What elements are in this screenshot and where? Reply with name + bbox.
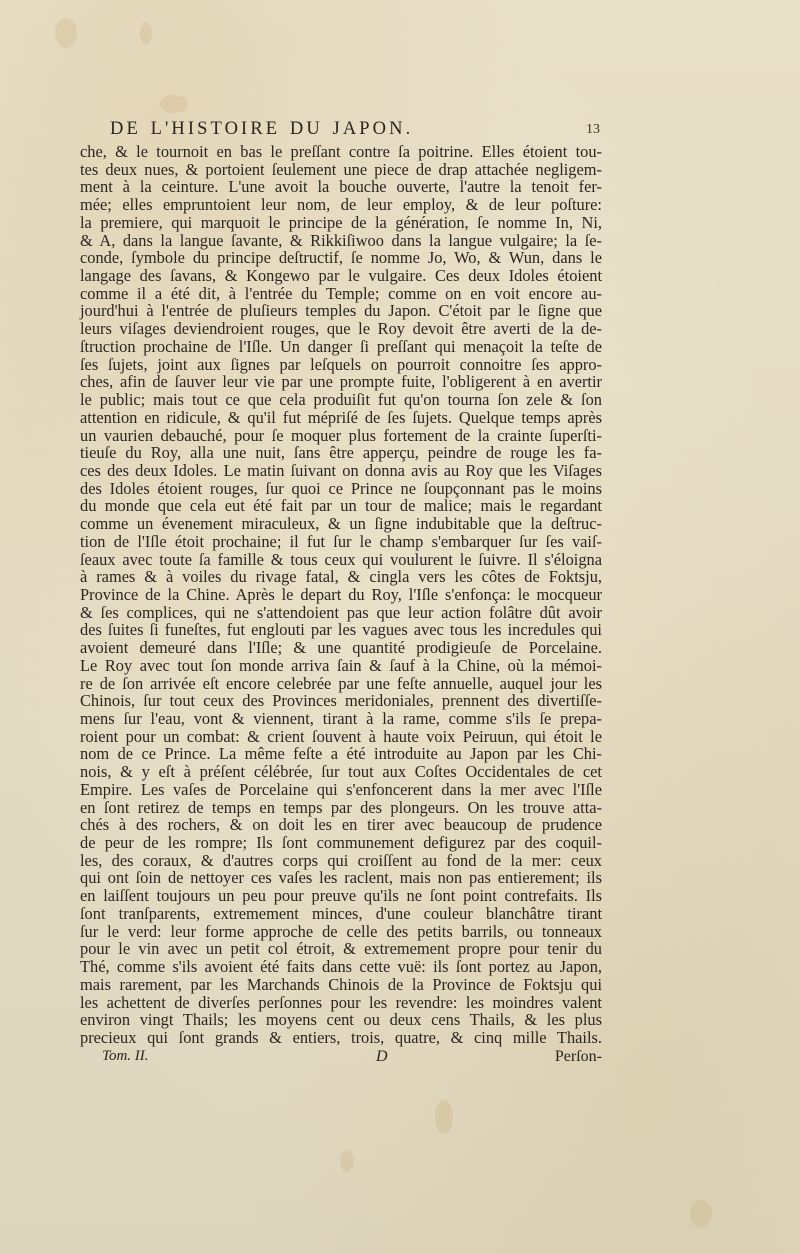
- text-line: tes deux nues, & portoient ſeulement une…: [80, 161, 602, 179]
- text-line: des Idoles étoient rouges, ſur quoi ce P…: [80, 480, 602, 498]
- text-line: mée; elles empruntoient leur nom, de leu…: [80, 196, 602, 214]
- text-line: en ſont retirez de temps en temps par de…: [80, 799, 602, 817]
- text-line: mais rarement, par les Marchands Chinois…: [80, 976, 602, 994]
- text-line: du monde que cela eut été fait par un to…: [80, 497, 602, 515]
- text-line: jourd'hui à l'entrée de pluſieurs temple…: [80, 302, 602, 320]
- text-line: chés à des rochers, & on doit les en tir…: [80, 816, 602, 834]
- text-line: che, & le tournoit en bas le preſſant co…: [80, 143, 602, 161]
- signature-mark: D: [376, 1048, 388, 1066]
- foxing-stain: [340, 1150, 354, 1172]
- text-line: ſtruction prochaine de l'Iſle. Un danger…: [80, 338, 602, 356]
- foxing-stain: [690, 1200, 712, 1228]
- text-line: comme un évenement miraculeux, & un ſign…: [80, 515, 602, 533]
- text-line: leurs viſages deviendroient rouges, que …: [80, 320, 602, 338]
- text-line: qui ont ſoin de nettoyer ces vaſes les r…: [80, 869, 602, 887]
- text-line: ment à la ceinture. L'une avoit la bouch…: [80, 178, 602, 196]
- foxing-stain: [55, 18, 77, 48]
- text-line: ches, afin de ſauver leur vie par une pr…: [80, 373, 602, 391]
- page-footer: Tom. II. D Perſon-: [80, 1048, 602, 1068]
- text-line: Le Roy avec tout ſon monde arriva ſain &…: [80, 657, 602, 675]
- book-page: DE L'HISTOIRE DU JAPON. 13 che, & le tou…: [0, 0, 800, 1254]
- foxing-stain: [140, 22, 152, 44]
- text-line: nom de ce Prince. La même feſte a été in…: [80, 745, 602, 763]
- text-line: de peur de les rompre; Ils ſont communem…: [80, 834, 602, 852]
- text-line: Empire. Les vaſes de Porcelaine qui s'en…: [80, 781, 602, 799]
- text-line: les achettent de diverſes perſonnes pour…: [80, 994, 602, 1012]
- text-line: tieuſe du Roy, alla une nuit, ſans être …: [80, 444, 602, 462]
- text-line: comme il a été dit, à l'entrée du Temple…: [80, 285, 602, 303]
- text-line: langage des ſavans, & Kongewo par le vul…: [80, 267, 602, 285]
- text-line: roient pour un combat: & crient ſouvent …: [80, 728, 602, 746]
- text-line: ſeaux avec toute ſa famille & tous ceux …: [80, 551, 602, 569]
- text-line: pour le vin avec un petit col étroit, & …: [80, 940, 602, 958]
- running-title: DE L'HISTOIRE DU JAPON.: [110, 119, 413, 140]
- text-line: ces des deux Idoles. Le matin ſuivant on…: [80, 462, 602, 480]
- text-line: un vaurien debauché, pour ſe moquer plus…: [80, 427, 602, 445]
- text-line: conde, ſymbole du principe deſtructif, ſ…: [80, 249, 602, 267]
- text-line: Province de la Chine. Après le depart du…: [80, 586, 602, 604]
- text-line: & A, dans la langue ſavante, & Rikkiſiwo…: [80, 232, 602, 250]
- text-line: des ſuites ſi funeſtes, fut englouti par…: [80, 621, 602, 639]
- text-line: & ſes complices, qui ne s'attendoient pa…: [80, 604, 602, 622]
- foxing-stain: [435, 1100, 453, 1134]
- text-line: la premiere, qui marquoit le principe de…: [80, 214, 602, 232]
- catchword: Perſon-: [555, 1048, 602, 1066]
- text-line: precieux qui ſont grands & entiers, troi…: [80, 1029, 602, 1047]
- text-line: à rames & à voiles du rivage fatal, & ci…: [80, 568, 602, 586]
- text-line: ſur le verd: leur forme approche de cell…: [80, 923, 602, 941]
- volume-label: Tom. II.: [102, 1048, 149, 1065]
- text-line: attention en ridicule, & qu'il fut mépri…: [80, 409, 602, 427]
- text-line: tion de l'Iſle étoit prochaine; il fut ſ…: [80, 533, 602, 551]
- body-text: che, & le tournoit en bas le preſſant co…: [80, 143, 602, 1047]
- text-line: le public; mais tout ce que cela produiſ…: [80, 391, 602, 409]
- text-line: en laiſſent toujours un peu pour preuve …: [80, 887, 602, 905]
- page-number: 13: [586, 122, 600, 138]
- text-line: les, des coraux, & d'autres corps qui cr…: [80, 852, 602, 870]
- text-line: Thé, comme s'ils avoient été faits dans …: [80, 958, 602, 976]
- text-line: nois, & y eſt à préſent célébrée, ſur to…: [80, 763, 602, 781]
- text-line: Chinois, ſur tout ceux des Provinces mer…: [80, 692, 602, 710]
- text-line: avoient demeuré dans l'Iſle; & une quant…: [80, 639, 602, 657]
- running-head: DE L'HISTOIRE DU JAPON. 13: [94, 119, 600, 143]
- text-line: mens ſur l'eau, vont & viennent, tirant …: [80, 710, 602, 728]
- text-line: ſont tranſparents, extremement minces, d…: [80, 905, 602, 923]
- text-line: ſes ſujets, joint aux ſignes par leſquel…: [80, 356, 602, 374]
- text-line: re de ſon arrivée eſt encore celebrée pa…: [80, 675, 602, 693]
- text-line: environ vingt Thails; les moyens cent ou…: [80, 1011, 602, 1029]
- foxing-stain: [160, 95, 188, 113]
